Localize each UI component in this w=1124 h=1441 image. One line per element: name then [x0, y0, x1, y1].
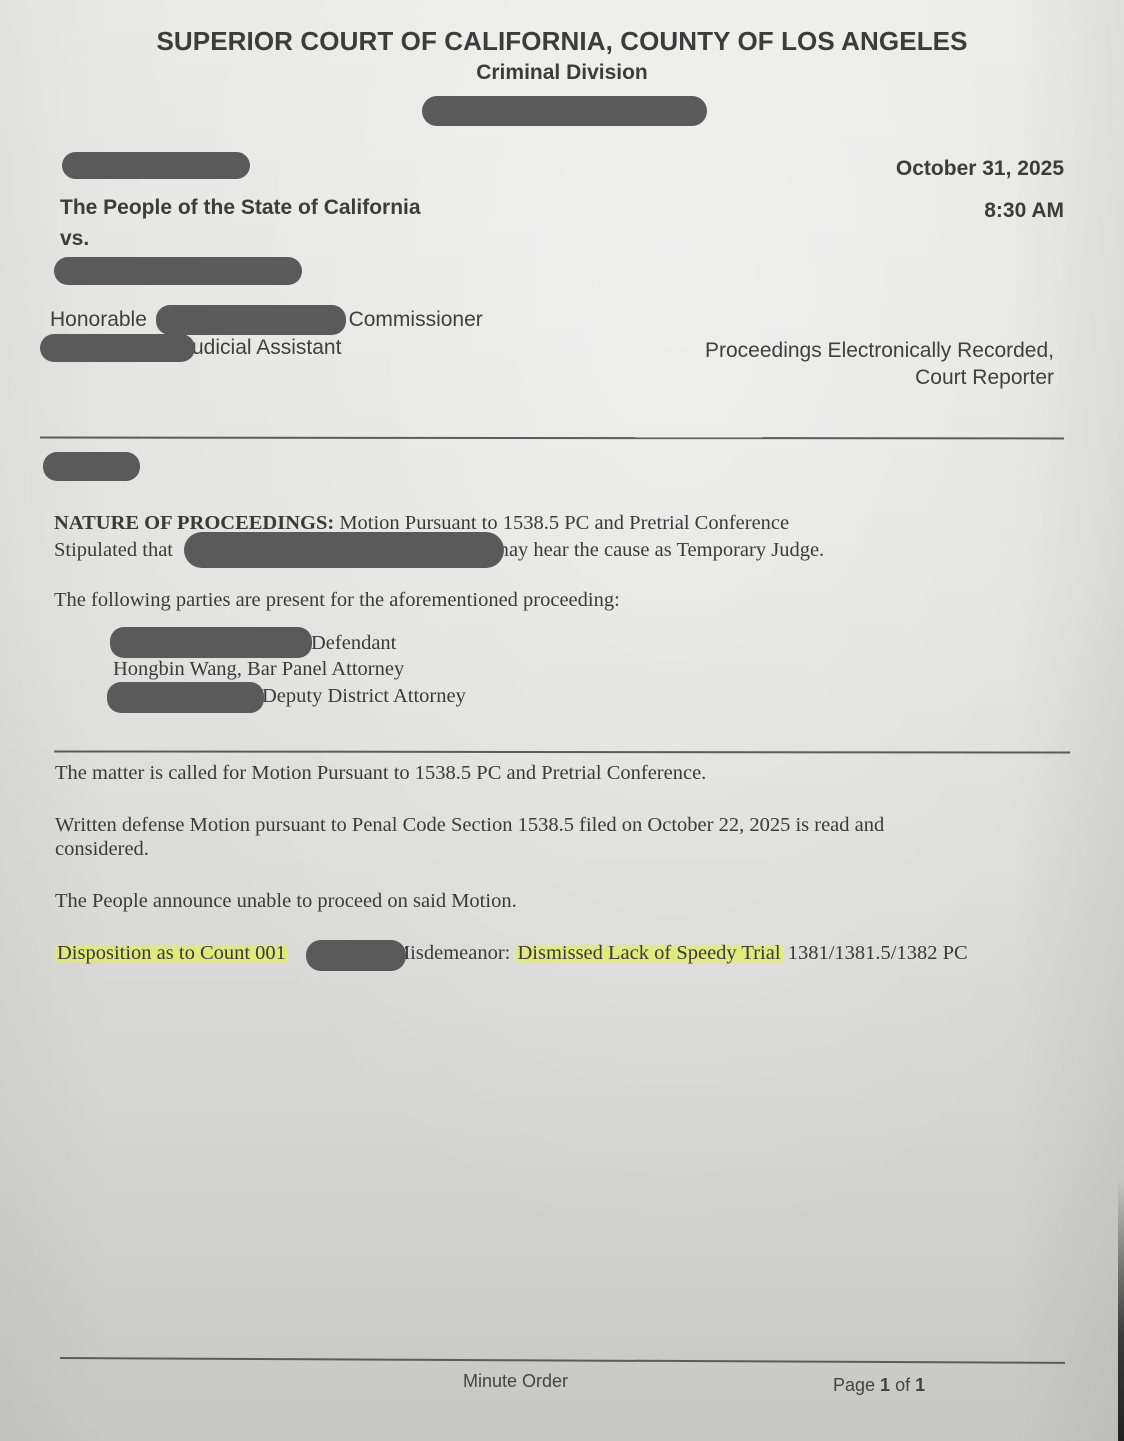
party-bar-panel-attorney: Hongbin Wang, Bar Panel Attorney	[113, 658, 404, 681]
party-defendant-role: Defendant	[311, 632, 396, 655]
stipulated-suffix: may hear the cause as Temporary Judge.	[493, 539, 824, 561]
nature-label: NATURE OF PROCEEDINGS:	[54, 512, 334, 534]
court-name: SUPERIOR COURT OF CALIFORNIA, COUNTY OF …	[0, 26, 1124, 57]
party-deputy-da-role: Deputy District Attorney	[262, 685, 466, 708]
reporter-line-1: Proceedings Electronically Recorded,	[705, 339, 1054, 363]
header-divider	[40, 437, 1064, 440]
reporter-line-2: Court Reporter	[915, 366, 1054, 390]
judge-prefix: Honorable	[50, 308, 147, 331]
parties-divider	[54, 750, 1070, 753]
matter-called: The matter is called for Motion Pursuant…	[55, 762, 706, 785]
redacted-judge-name	[156, 305, 346, 335]
redacted-defendant	[110, 627, 312, 658]
redacted-department	[43, 452, 140, 481]
page-current: 1	[880, 1375, 890, 1395]
division-name: Criminal Division	[0, 61, 1124, 85]
disposition-result: Dismissed Lack of Speedy Trial	[515, 942, 782, 964]
hearing-date: October 31, 2025	[896, 157, 1064, 181]
page-total: 1	[915, 1375, 925, 1395]
parties-intro: The following parties are present for th…	[54, 589, 620, 612]
judge-title: , Commissioner	[337, 308, 483, 331]
redacted-temporary-judge	[184, 532, 504, 568]
disposition-label: Disposition as to Count 001	[55, 942, 288, 964]
written-motion-line-1: Written defense Motion pursuant to Penal…	[55, 814, 884, 837]
versus-label: vs.	[60, 227, 89, 251]
redacted-deputy-da	[107, 682, 264, 713]
assistant-title: udicial Assistant	[192, 336, 341, 360]
redacted-assistant-name	[40, 334, 195, 362]
page-number: Page 1 of 1	[833, 1375, 925, 1396]
redacted-case-id	[62, 152, 250, 179]
disposition-line: Disposition as to Count 001Misdemeanor: …	[55, 942, 968, 965]
redacted-defendant-name	[54, 257, 302, 285]
document-page: SUPERIOR COURT OF CALIFORNIA, COUNTY OF …	[0, 0, 1124, 1441]
nature-text: Motion Pursuant to 1538.5 PC and Pretria…	[334, 512, 789, 534]
written-motion-line-2: considered.	[55, 838, 149, 861]
disposition-type: Misdemeanor:	[392, 942, 510, 964]
redacted-case-number	[422, 96, 707, 126]
disposition-code: 1381/1381.5/1382 PC	[788, 942, 968, 964]
page-edge-shadow	[1118, 1180, 1124, 1441]
plaintiff-name: The People of the State of California	[60, 196, 421, 220]
document-type: Minute Order	[463, 1371, 568, 1392]
stipulated-prefix: Stipulated that	[54, 539, 173, 561]
footer-divider	[60, 1357, 1065, 1363]
hearing-time: 8:30 AM	[984, 199, 1064, 223]
redacted-charge	[306, 940, 406, 971]
people-announce: The People announce unable to proceed on…	[55, 890, 517, 913]
